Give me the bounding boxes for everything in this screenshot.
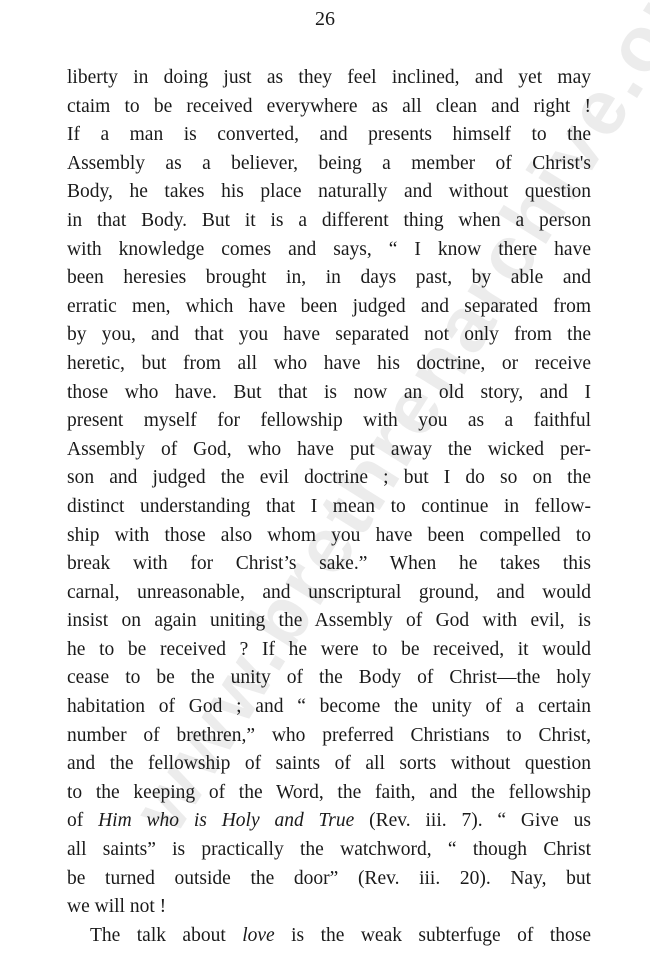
text-line: carnal, unreasonable, and unscriptural g… [67, 579, 591, 608]
text-line: ship with those also whom you have been … [67, 522, 591, 551]
text-line: been heresies brought in, in days past, … [67, 264, 591, 293]
text-line: with knowledge comes and says, “ I know … [67, 236, 591, 265]
text-line: to the keeping of the Word, the faith, a… [67, 779, 591, 808]
text-line: Body, he takes his place naturally and w… [67, 178, 591, 207]
document-page: www.brethrenarchive.org 26 liberty in do… [0, 0, 650, 971]
text-line: cease to be the unity of the Body of Chr… [67, 664, 591, 693]
text-line: Assembly as a believer, being a member o… [67, 150, 591, 179]
text-segment: The talk about [90, 925, 242, 946]
text-line: ctaim to be received everywhere as all c… [67, 93, 591, 122]
text-line: Assembly of God, who have put away the w… [67, 436, 591, 465]
text-line-paragraph-start: The talk about love is the weak subterfu… [67, 922, 591, 951]
text-line: erratic men, which have been judged and … [67, 293, 591, 322]
text-line: habitation of God ; and “ become the uni… [67, 693, 591, 722]
text-segment: (Rev. iii. 7). “ Give us [354, 810, 591, 831]
text-line: in that Body. But it is a different thin… [67, 207, 591, 236]
italic-text: love [242, 925, 274, 946]
text-line: number of brethren,” who preferred Chris… [67, 722, 591, 751]
italic-text: Him who is Holy and True [98, 810, 354, 831]
text-line: liberty in doing just as they feel incli… [67, 64, 591, 93]
text-segment: of [67, 810, 98, 831]
page-number: 26 [0, 8, 650, 31]
text-line-with-italic: of Him who is Holy and True (Rev. iii. 7… [67, 807, 591, 836]
text-line: present myself for fellowship with you a… [67, 407, 591, 436]
text-segment: is the weak subterfuge of those [275, 925, 591, 946]
text-line: son and judged the evil doctrine ; but I… [67, 464, 591, 493]
text-line: heretic, but from all who have his doctr… [67, 350, 591, 379]
text-line: and the fellowship of saints of all sort… [67, 750, 591, 779]
body-text: liberty in doing just as they feel incli… [67, 64, 591, 950]
text-line: he to be received ? If he were to be rec… [67, 636, 591, 665]
text-line: distinct understanding that I mean to co… [67, 493, 591, 522]
text-line: by you, and that you have separated not … [67, 321, 591, 350]
text-line: be turned outside the door” (Rev. iii. 2… [67, 865, 591, 894]
text-line-paragraph-end: we will not ! [67, 893, 591, 922]
text-line: all saints” is practically the watchword… [67, 836, 591, 865]
text-line: break with for Christ’s sake.” When he t… [67, 550, 591, 579]
text-line: insist on again uniting the Assembly of … [67, 607, 591, 636]
text-line: If a man is converted, and presents hims… [67, 121, 591, 150]
text-line: those who have. But that is now an old s… [67, 379, 591, 408]
